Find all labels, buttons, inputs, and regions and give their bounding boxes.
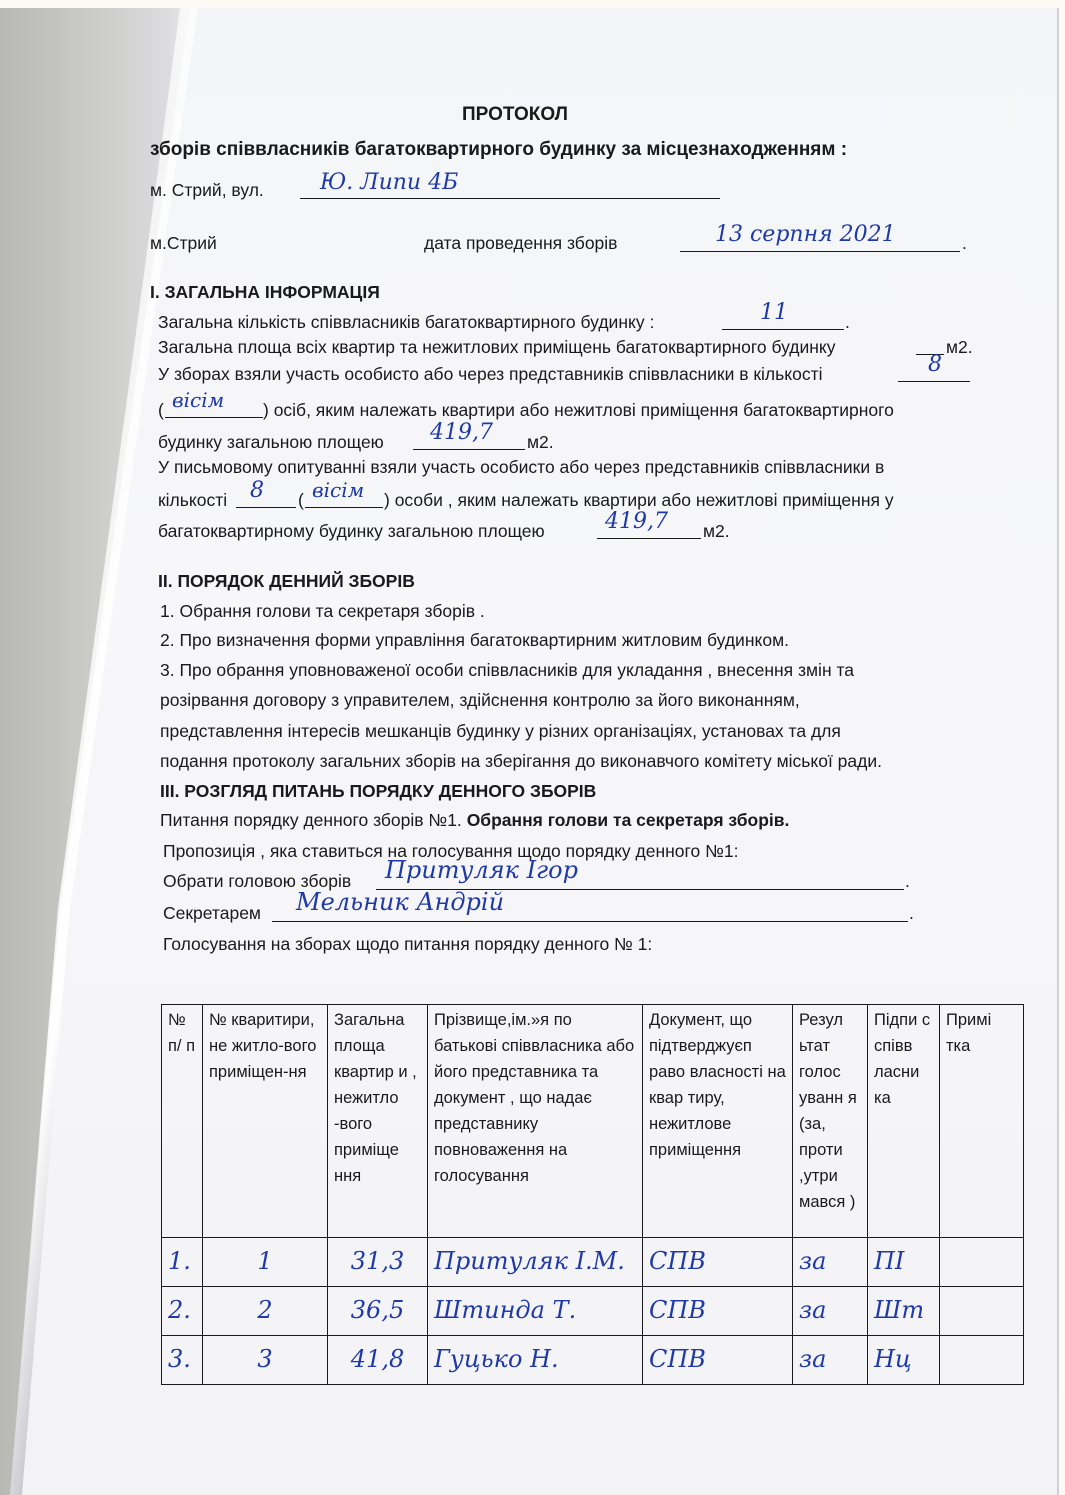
- row-signature: Нц: [874, 1345, 912, 1373]
- total-owners-period: .: [845, 311, 850, 333]
- row-apartment: 3: [257, 1345, 272, 1373]
- section-3-heading: ІІІ. РОЗГЛЯД ПИТАНЬ ПОРЯДКУ ДЕННОГО ЗБОР…: [160, 780, 596, 802]
- participants-area-underline: [413, 449, 525, 450]
- written-survey-label: У письмовому опитуванні взяли участь осо…: [158, 456, 884, 478]
- row-number: 3.: [168, 1345, 191, 1373]
- protocol-document: ПРОТОКОЛ зборів співвласників багатоквар…: [0, 0, 1065, 1495]
- table-row: 3. 3 41,8 Гуцько Н. СПВ за Нц: [162, 1336, 1024, 1385]
- header-area: Загальна площа квартир и , нежитло -вого…: [328, 1005, 428, 1238]
- participants-area-label: будинку загальною площею: [158, 431, 384, 453]
- row-area: 31,3: [351, 1247, 404, 1275]
- row-vote-result: за: [799, 1296, 826, 1324]
- question-1-label: Питання порядку денного зборів №1.: [160, 810, 462, 830]
- secretary-label: Секретарем: [163, 902, 261, 924]
- participants-area-unit: м2.: [527, 431, 554, 453]
- city-label: м.Стрий: [150, 232, 217, 254]
- participants-value: 8: [928, 352, 942, 377]
- date-period: .: [962, 232, 967, 254]
- written-count-underline: [236, 507, 296, 508]
- participants-words-underline: [165, 417, 263, 418]
- section-2-heading: ІІ. ПОРЯДОК ДЕННИЙ ЗБОРІВ: [158, 570, 415, 592]
- total-owners-label: Загальна кількість співвласників багаток…: [158, 311, 654, 333]
- row-area: 36,5: [351, 1296, 404, 1324]
- total-area-label: Загальна площа всіх квартир та нежитлови…: [158, 336, 836, 358]
- address-label: м. Стрий, вул.: [150, 179, 264, 201]
- written-words-underline: [305, 507, 383, 508]
- row-owner-name: Гуцько Н.: [434, 1345, 559, 1373]
- participants-underline: [898, 381, 970, 382]
- section-1-heading: І. ЗАГАЛЬНА ІНФОРМАЦІЯ: [150, 281, 380, 303]
- date-underline: [680, 251, 960, 252]
- written-count-label: кількості: [158, 489, 227, 511]
- address-value: Ю. Липи 4Б: [320, 170, 458, 195]
- row-document: СПВ: [649, 1247, 706, 1275]
- row-owner-name: Штинда Т.: [434, 1296, 576, 1324]
- row-apartment: 2: [257, 1296, 272, 1324]
- chair-value: Притуляк Ігор: [385, 856, 578, 884]
- written-words-value: вісім: [312, 478, 364, 502]
- written-count-value: 8: [250, 478, 264, 503]
- date-value: 13 серпня 2021: [715, 222, 896, 247]
- voting-table: № п/ п № кваритири, не житло-вого приміщ…: [161, 1004, 1024, 1385]
- row-number: 1.: [168, 1247, 191, 1275]
- agenda-item-3: 3. Про обрання уповноваженої особи співв…: [160, 659, 854, 681]
- row-document: СПВ: [649, 1345, 706, 1373]
- date-label: дата проведення зборів: [424, 232, 617, 254]
- row-area: 41,8: [351, 1345, 404, 1373]
- total-owners-value: 11: [760, 300, 788, 325]
- written-area-label: багатоквартирному будинку загальною площ…: [158, 520, 545, 542]
- header-vote-result: Резул ьтат голос уванн я (за, проти ,утр…: [793, 1005, 868, 1238]
- question-1: Питання порядку денного зборів №1. Обран…: [160, 809, 789, 831]
- row-vote-result: за: [799, 1247, 826, 1275]
- row-number: 2.: [168, 1296, 191, 1324]
- participants-continuation: ) осіб, яким належать квартири або нежит…: [263, 399, 894, 421]
- header-note: Примі тка: [940, 1005, 1024, 1238]
- row-owner-name: Притуляк І.М.: [434, 1247, 625, 1275]
- written-area-value: 419,7: [605, 509, 668, 534]
- agenda-item-3-line-3: представлення інтересів мешканців будинк…: [160, 720, 841, 742]
- address-underline: [300, 198, 720, 199]
- row-document: СПВ: [649, 1296, 706, 1324]
- row-signature: ПІ: [874, 1247, 904, 1275]
- written-area-unit: м2.: [703, 520, 730, 542]
- row-signature: Шт: [874, 1296, 924, 1324]
- question-1-title: Обрання голови та секретаря зборів.: [467, 810, 790, 830]
- written-continuation: ) особи , яким належать квартири або неж…: [384, 489, 894, 511]
- row-apartment: 1: [257, 1247, 272, 1275]
- document-subtitle: зборів співвласників багатоквартирного б…: [150, 139, 847, 161]
- agenda-item-1: 1. Обрання голови та секретаря зборів .: [160, 600, 485, 622]
- table-row: 2. 2 36,5 Штинда Т. СПВ за Шт: [162, 1287, 1024, 1336]
- agenda-item-2: 2. Про визначення форми управління багат…: [160, 629, 789, 651]
- table-header-row: № п/ п № кваритири, не житло-вого приміщ…: [162, 1005, 1024, 1238]
- secretary-underline: [272, 921, 908, 922]
- agenda-item-3-line-2: розірвання договору з управителем, здійс…: [160, 689, 800, 711]
- header-signature: Підпи с співв ласни ка: [868, 1005, 940, 1238]
- participants-words-value: вісім: [172, 388, 224, 412]
- agenda-item-3-line-4: подання протоколу загальних зборів на зб…: [160, 750, 882, 772]
- row-vote-result: за: [799, 1345, 826, 1373]
- voting-label: Голосування на зборах щодо питання поряд…: [163, 933, 652, 955]
- total-area-unit: м2.: [946, 336, 973, 358]
- header-apartment: № кваритири, не житло-вого приміщен-ня: [203, 1005, 328, 1238]
- header-ownership-document: Документ, що підтверджуєп раво власності…: [643, 1005, 793, 1238]
- participants-label: У зборах взяли участь особисто або через…: [158, 363, 823, 385]
- document-title: ПРОТОКОЛ: [462, 104, 568, 126]
- header-owner-name: Прізвище,ім.»я по батькові співвласника …: [428, 1005, 643, 1238]
- participants-area-value: 419,7: [430, 420, 493, 445]
- total-owners-underline: [722, 329, 844, 330]
- table-row: 1. 1 31,3 Притуляк І.М. СПВ за ПІ: [162, 1238, 1024, 1287]
- written-area-underline: [597, 538, 701, 539]
- header-number: № п/ п: [162, 1005, 203, 1238]
- secretary-value: Мельник Андрій: [296, 888, 504, 916]
